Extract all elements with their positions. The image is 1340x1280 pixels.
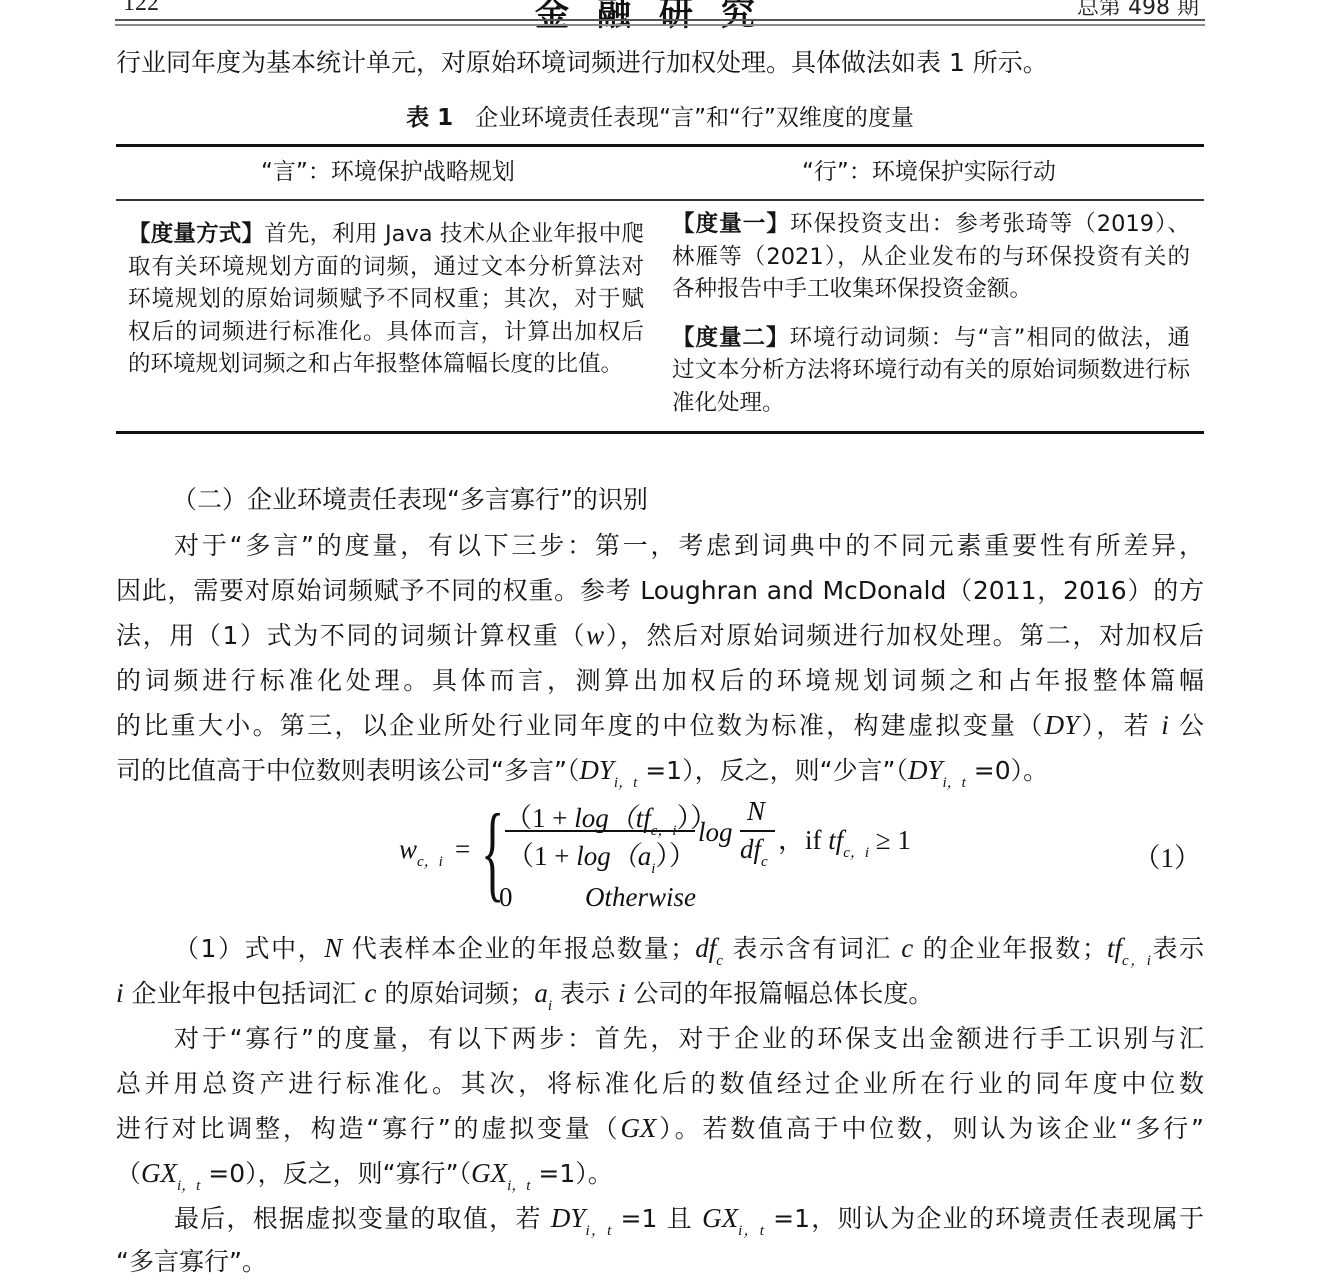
equation-1: wc，i = { （1 + log（tfc，i）） （1 + log（ai）） …	[395, 796, 1205, 921]
cell-label: 【度量一】	[672, 211, 790, 237]
formula-denominator: （1 + log（ai））	[507, 834, 696, 878]
measure-one: 【度量一】环保投资支出：参考张琦等（2019）、林雁等（2021），从企业发布的…	[672, 208, 1190, 306]
formula-log: log	[698, 817, 733, 848]
table-top-rule	[116, 144, 1204, 147]
table-caption: 表 1企业环境责任表现“言”和“行”双维度的度量	[116, 100, 1204, 136]
journal-title: 金融研究	[535, 0, 783, 35]
table-header-rule	[116, 199, 1204, 201]
formula-lhs: wc，i	[399, 834, 443, 871]
fraction-bar	[740, 830, 775, 832]
variable-dy: DY	[1045, 710, 1080, 740]
table-bottom-rule	[116, 431, 1204, 434]
paragraph-line: 对于“多言”的度量，有以下三步：第一，考虑到词典中的不同元素重要性有所差异，	[116, 523, 1204, 568]
paragraph-line: 法，用（1）式为不同的词频计算权重（w），然后对原始词频进行加权处理。第二，对加…	[116, 613, 1204, 658]
paragraph-line: 的比重大小。第三，以企业所处行业同年度的中位数为标准，构建虚拟变量（DY），若 …	[116, 703, 1204, 748]
column-header-words: “言”：环境保护战略规划	[261, 156, 515, 188]
paragraph-line: 进行对比调整，构造“寡行”的虚拟变量（GX）。若数值高于中位数，则认为该企业“多…	[116, 1106, 1204, 1151]
table-number: 表 1	[406, 105, 453, 131]
intro-line: 行业同年度为基本统计单元，对原始环境词频进行加权处理。具体做法如表 1 所示。	[116, 40, 1204, 85]
issue-number: 总第 498 期	[1077, 0, 1199, 21]
page-number: 122	[123, 0, 159, 17]
paragraph-line: 对于“寡行”的度量，有以下两步：首先，对于企业的环保支出金额进行手工识别与汇	[116, 1016, 1204, 1061]
paragraph-line: “多言寡行”。	[116, 1239, 1204, 1280]
running-header: 122 金融研究 总第 498 期	[115, 0, 1205, 24]
paragraph-line: 的词频进行标准化处理。具体而言，测算出加权后的环境规划词频之和占年报整体篇幅	[116, 658, 1204, 703]
cell-label: 【度量二】	[672, 325, 790, 351]
equation-number: （1）	[1134, 836, 1202, 875]
section-heading: （二）企业环境责任表现“多言寡行”的识别	[172, 480, 648, 520]
cell-label: 【度量方式】	[128, 221, 264, 247]
paragraph-line: 因此，需要对原始词频赋予不同的权重。参考 Loughran and McDona…	[116, 568, 1204, 613]
formula-condition: ，if tfc，i ≥ 1	[778, 818, 911, 862]
formula-df: dfc	[740, 834, 768, 871]
variable-w: w	[586, 620, 604, 650]
paragraph-line: 总并用总资产进行标准化。其次，将标准化后的数值经过企业所在行业的同年度中位数	[116, 1061, 1204, 1106]
formula-case2-value: 0	[499, 882, 513, 913]
table-title: 企业环境责任表现“言”和“行”双维度的度量	[475, 105, 914, 131]
measure-two: 【度量二】环境行动词频：与“言”相同的做法，通过文本分析方法将环境行动有关的原始…	[672, 322, 1190, 420]
column-header-actions: “行”：环境保护实际行动	[802, 156, 1056, 188]
formula-case2-condition: Otherwise	[585, 882, 696, 913]
formula-N: N	[747, 796, 765, 827]
header-rule	[115, 19, 1205, 21]
table-cell-words: 【度量方式】首先，利用 Java 技术从企业年报中爬取有关环境规划方面的词频，通…	[128, 218, 644, 381]
formula-equals: =	[455, 834, 470, 865]
fraction-bar	[505, 830, 695, 832]
header-rule	[115, 24, 1205, 26]
table-cell-actions: 【度量一】环保投资支出：参考张琦等（2019）、林雁等（2021），从企业发布的…	[672, 208, 1190, 420]
